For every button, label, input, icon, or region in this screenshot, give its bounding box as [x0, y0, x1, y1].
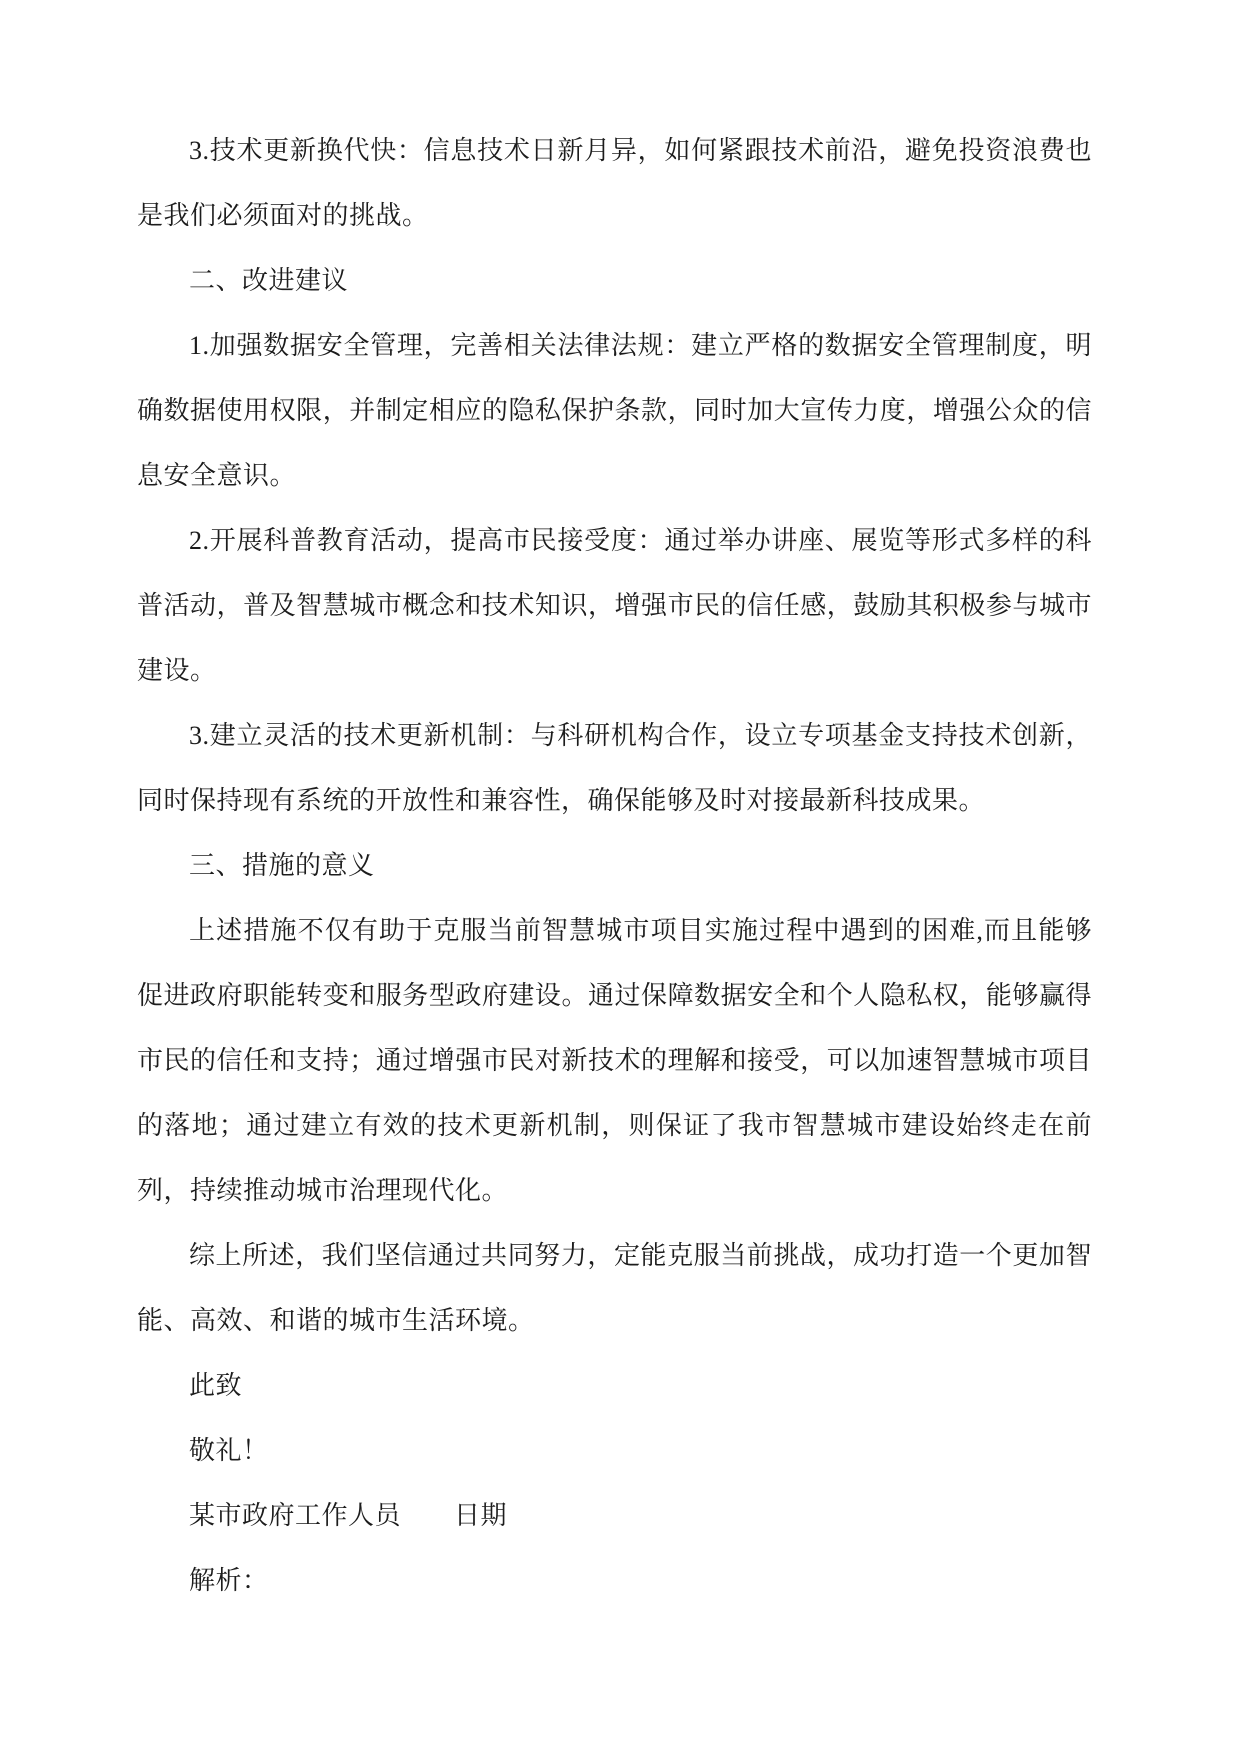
paragraph-conclusion: 综上所述，我们坚信通过共同努力，定能克服当前挑战，成功打造一个更加智能、高效、和…	[137, 1223, 1092, 1353]
section-heading-2: 二、改进建议	[137, 248, 1092, 313]
closing-cizhi: 此致	[137, 1353, 1092, 1418]
paragraph-suggestion-2: 2.开展科普教育活动，提高市民接受度：通过举办讲座、展览等形式多样的科普活动，普…	[137, 508, 1092, 703]
signature-line: 某市政府工作人员 日期	[137, 1483, 1092, 1548]
paragraph-suggestion-3: 3.建立灵活的技术更新机制：与科研机构合作，设立专项基金支持技术创新，同时保持现…	[137, 703, 1092, 833]
paragraph-significance: 上述措施不仅有助于克服当前智慧城市项目实施过程中遇到的困难,而且能够促进政府职能…	[137, 898, 1092, 1223]
paragraph-suggestion-1: 1.加强数据安全管理，完善相关法律法规：建立严格的数据安全管理制度，明确数据使用…	[137, 313, 1092, 508]
analysis-label: 解析：	[137, 1548, 1092, 1613]
section-heading-3: 三、措施的意义	[137, 833, 1092, 898]
document-page: 3.技术更新换代快：信息技术日新月异，如何紧跟技术前沿，避免投资浪费也是我们必须…	[0, 0, 1241, 1754]
closing-jingli: 敬礼！	[137, 1418, 1092, 1483]
document-body: 3.技术更新换代快：信息技术日新月异，如何紧跟技术前沿，避免投资浪费也是我们必须…	[137, 118, 1092, 1613]
paragraph-challenge-3: 3.技术更新换代快：信息技术日新月异，如何紧跟技术前沿，避免投资浪费也是我们必须…	[137, 118, 1092, 248]
